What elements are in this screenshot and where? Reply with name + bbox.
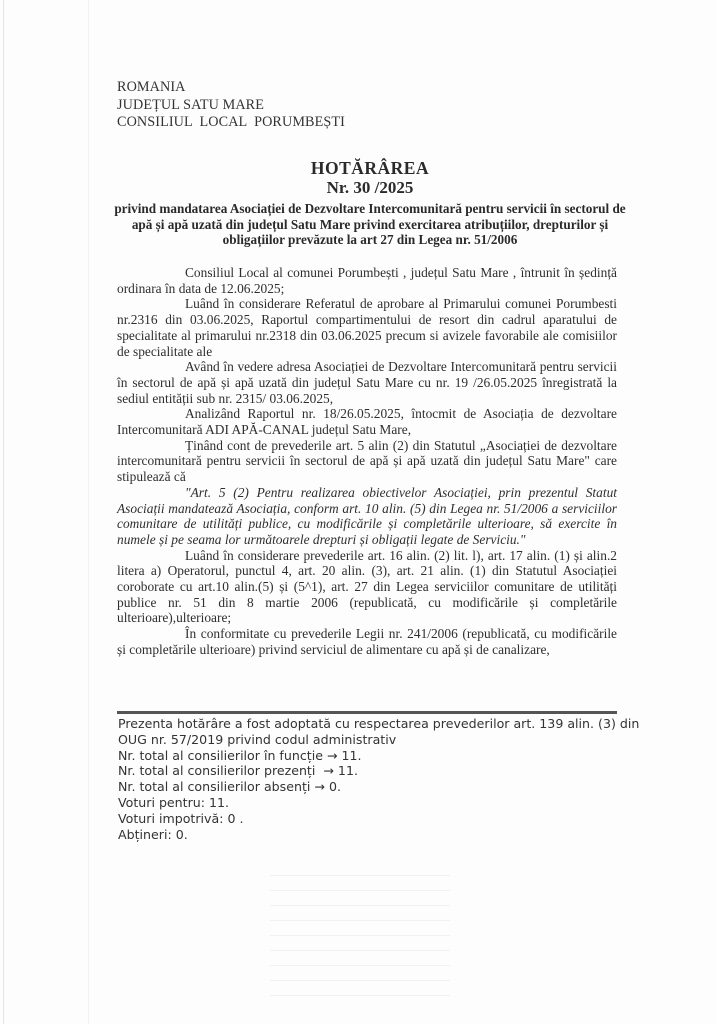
paragraph-having-regard: Având în vedere adresa Asociației de Dez…: [117, 359, 617, 406]
votes-against: Voturi impotrivă: 0 .: [118, 811, 618, 827]
header-council: CONSILIUL LOCAL PORUMBEȘTI: [117, 114, 345, 132]
councilors-in-office: Nr. total al consilierilor în funcție → …: [118, 748, 618, 764]
paragraph-quote: "Art. 5 (2) Pentru realizarea obiectivel…: [117, 485, 617, 548]
document-body: Consiliul Local al comunei Porumbești , …: [117, 265, 617, 658]
councilors-absent: Nr. total al consilierilor absenți → 0.: [118, 779, 618, 795]
title-block: HOTĂRÂREA Nr. 30 /2025 privind mandatare…: [110, 158, 630, 248]
paragraph-statute: Ținând cont de prevederile art. 5 alin (…: [117, 438, 617, 485]
header-county: JUDEȚUL SATU MARE: [117, 97, 345, 115]
scan-edge: [88, 0, 89, 1024]
vote-summary: Prezenta hotărâre a fost adoptată cu res…: [118, 716, 618, 842]
paragraph-provisions: Luând în considerare prevederile art. 16…: [117, 548, 617, 627]
paragraph-analyzing: Analizând Raportul nr. 18/26.05.2025, în…: [117, 406, 617, 437]
decision-number: Nr. 30 /2025: [110, 178, 630, 198]
adoption-note-line1: Prezenta hotărâre a fost adoptată cu res…: [118, 716, 618, 732]
scan-edge: [3, 0, 4, 1024]
councilors-present: Nr. total al consilierilor prezenți → 11…: [118, 763, 618, 779]
header-country: ROMANIA: [117, 79, 345, 97]
decision-subject: privind mandatarea Asociației de Dezvolt…: [110, 201, 630, 248]
votes-for: Voturi pentru: 11.: [118, 795, 618, 811]
document-header: ROMANIA JUDEȚUL SATU MARE CONSILIUL LOCA…: [117, 79, 345, 132]
adoption-note-line2: OUG nr. 57/2019 privind codul administra…: [118, 732, 618, 748]
paragraph-conformity: În conformitate cu prevederile Legii nr.…: [117, 626, 617, 657]
section-divider: [117, 711, 617, 714]
bleed-through-text: [270, 870, 450, 1010]
paragraph-considering-report: Luând în considerare Referatul de aproba…: [117, 296, 617, 359]
paragraph-convened: Consiliul Local al comunei Porumbești , …: [117, 265, 617, 296]
abstentions: Abțineri: 0.: [118, 827, 618, 843]
document-page: ROMANIA JUDEȚUL SATU MARE CONSILIUL LOCA…: [0, 0, 717, 1024]
document-title: HOTĂRÂREA: [110, 158, 630, 178]
